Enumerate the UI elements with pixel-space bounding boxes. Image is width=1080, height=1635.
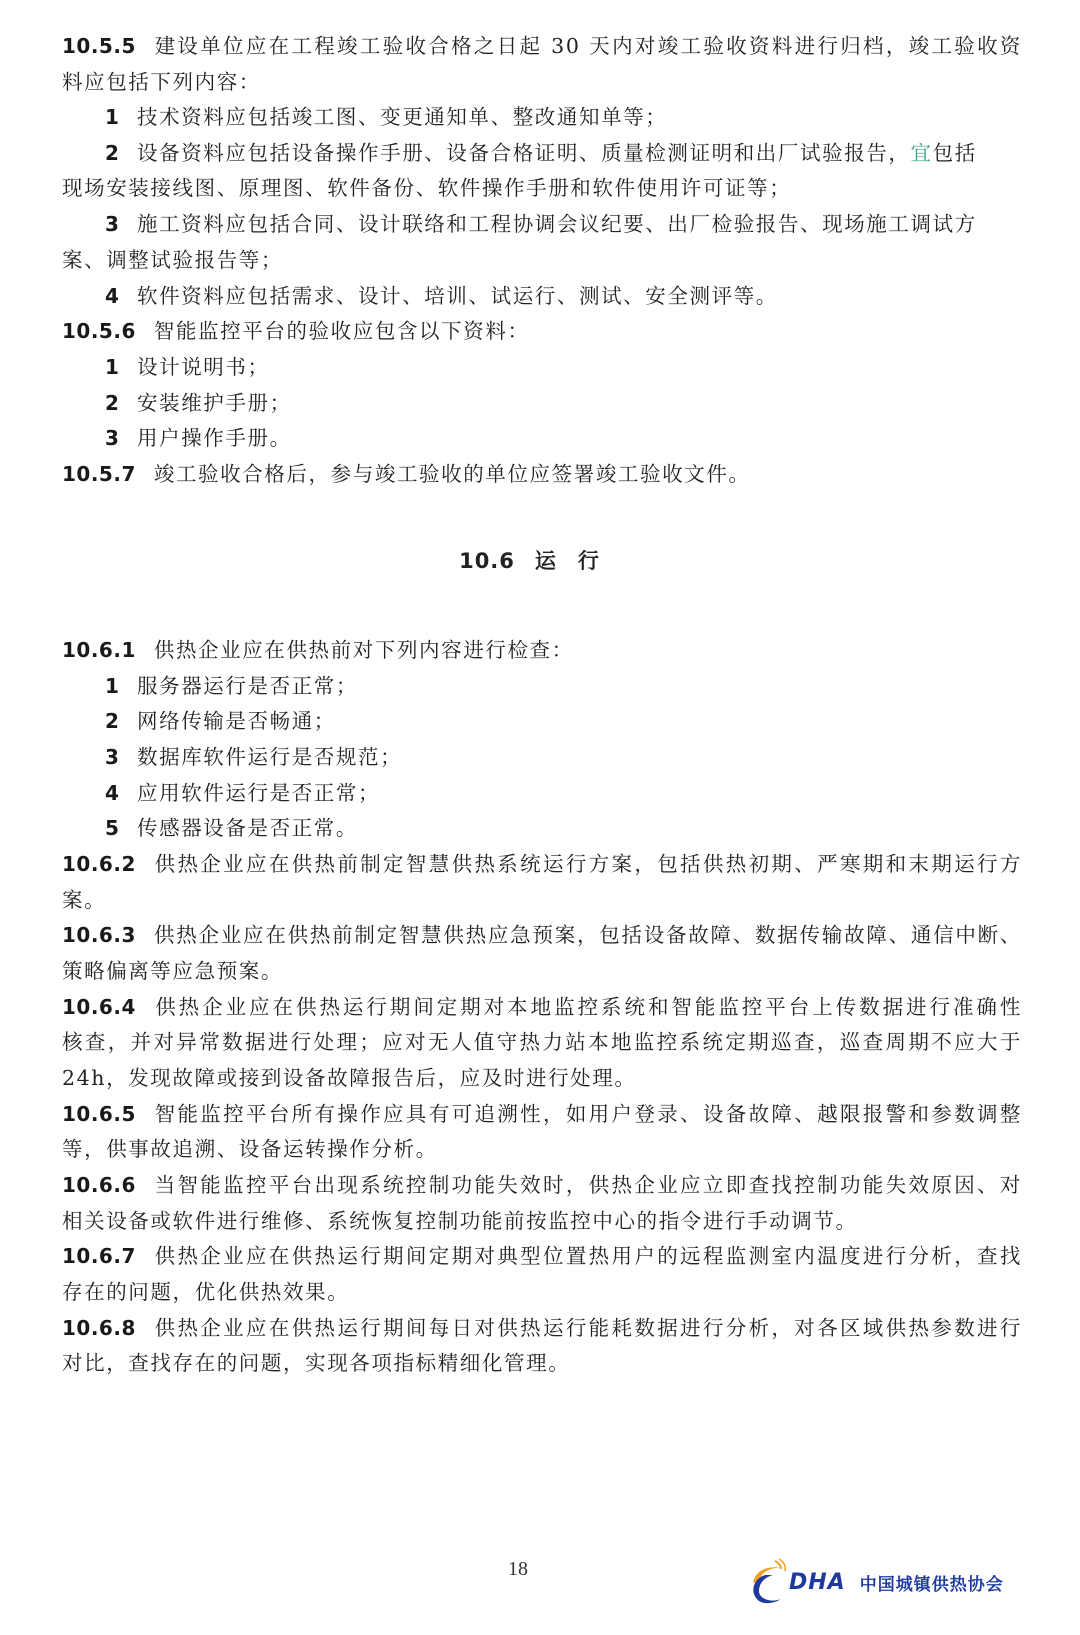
clause-text: 当智能监控平台出现系统控制功能失效时，供热企业应立即查找控制功能失效原因、对 [154, 1173, 1022, 1197]
item-text: 技术资料应包括竣工图、变更通知单、整改通知单等； [137, 105, 667, 129]
clause-number: 10.6.2 [62, 852, 136, 876]
clause-text: 竣工验收合格后，参与竣工验收的单位应签署竣工验收文件。 [154, 462, 751, 486]
clause-text-continuation: 核查，并对异常数据进行处理；应对无人值守热力站本地监控系统定期巡查，巡查周期不应… [62, 1030, 1022, 1054]
item-number: 1 [105, 355, 133, 379]
clause-text-continuation: 料应包括下列内容： [62, 70, 1022, 94]
item-number: 3 [105, 745, 133, 769]
item-number: 1 [105, 674, 133, 698]
logo-abbr: DHA [789, 1570, 846, 1595]
item-text: 服务器运行是否正常； [137, 674, 358, 698]
clause-text-continuation: 策略偏离等应急预案。 [62, 959, 1022, 983]
list-item: 1设计说明书； [105, 355, 1065, 379]
item-number: 2 [105, 709, 133, 733]
clause-10-6-3: 10.6.3供热企业应在供热前制定智慧供热应急预案，包括设备故障、数据传输故障、… [62, 923, 1022, 947]
page-number: 18 [508, 1558, 528, 1581]
item-text: 安装维护手册； [137, 391, 292, 415]
clause-text: 建设单位应在工程竣工验收合格之日起 30 天内对竣工验收资料进行归档，竣工验收资 [154, 34, 1022, 58]
item-text: 数据库软件运行是否规范； [137, 745, 402, 769]
clause-text-continuation: 24h，发现故障或接到设备故障报告后，应及时进行处理。 [62, 1066, 1022, 1090]
list-item: 2设备资料应包括设备操作手册、设备合格证明、质量检测证明和出厂试验报告，宜包括 [105, 141, 1022, 165]
clause-number: 10.6.4 [62, 995, 136, 1019]
clause-text: 供热企业应在供热前制定智慧供热系统运行方案，包括供热初期、严寒期和末期运行方 [154, 852, 1022, 876]
list-item: 3用户操作手册。 [105, 426, 1065, 450]
item-text: 设备资料应包括设备操作手册、设备合格证明、质量检测证明和出厂试验报告， [137, 141, 911, 165]
clause-number: 10.5.6 [62, 319, 136, 343]
section-title: 运行 [535, 549, 621, 573]
clause-text-continuation: 案。 [62, 888, 1022, 912]
item-number: 1 [105, 105, 133, 129]
item-text: 施工资料应包括合同、设计联络和工程协调会议纪要、出厂检验报告、现场施工调试方 [137, 212, 977, 236]
clause-number: 10.6.3 [62, 923, 136, 947]
list-item: 3施工资料应包括合同、设计联络和工程协调会议纪要、出厂检验报告、现场施工调试方 [105, 212, 1065, 236]
item-text: 网络传输是否畅通； [137, 709, 336, 733]
item-text: 设计说明书； [137, 355, 270, 379]
item-number: 2 [105, 141, 133, 165]
clause-text-continuation: 等，供事故追溯、设备运转操作分析。 [62, 1137, 1022, 1161]
list-item: 1服务器运行是否正常； [105, 674, 1065, 698]
highlighted-word: 宜 [911, 141, 933, 165]
item-text: 应用软件运行是否正常； [137, 781, 380, 805]
list-item: 1技术资料应包括竣工图、变更通知单、整改通知单等； [105, 105, 1065, 129]
chda-arc-icon [745, 1557, 795, 1607]
clause-number: 10.6.1 [62, 638, 136, 662]
logo-org-name: 中国城镇供热协会 [860, 1570, 1004, 1595]
clause-text-continuation: 对比，查找存在的问题，实现各项指标精细化管理。 [62, 1351, 1022, 1375]
list-item: 5传感器设备是否正常。 [105, 816, 1065, 840]
item-text-continuation: 案、调整试验报告等； [62, 248, 1022, 272]
clause-text-continuation: 相关设备或软件进行维修、系统恢复控制功能前按监控中心的指令进行手动调节。 [62, 1209, 1022, 1233]
clause-10-6-4: 10.6.4供热企业应在供热运行期间定期对本地监控系统和智能监控平台上传数据进行… [62, 995, 1022, 1019]
list-item: 3数据库软件运行是否规范； [105, 745, 1065, 769]
item-number: 2 [105, 391, 133, 415]
clause-text: 供热企业应在供热运行期间定期对典型位置热用户的远程监测室内温度进行分析，查找 [154, 1244, 1022, 1268]
item-number: 3 [105, 426, 133, 450]
section-heading: 10.6运行 [0, 548, 1080, 574]
list-item: 4应用软件运行是否正常； [105, 781, 1065, 805]
clause-number: 10.6.5 [62, 1102, 136, 1126]
item-number: 3 [105, 212, 133, 236]
item-text: 软件资料应包括需求、设计、培训、试运行、测试、安全测评等。 [137, 284, 778, 308]
document-page: 10.5.5建设单位应在工程竣工验收合格之日起 30 天内对竣工验收资料进行归档… [0, 0, 1080, 1635]
item-number: 4 [105, 781, 133, 805]
clause-10-5-6: 10.5.6智能监控平台的验收应包含以下资料： [62, 319, 1022, 343]
list-item: 2安装维护手册； [105, 391, 1065, 415]
clause-10-5-7: 10.5.7竣工验收合格后，参与竣工验收的单位应签署竣工验收文件。 [62, 462, 1022, 486]
clause-number: 10.6.8 [62, 1316, 136, 1340]
clause-number: 10.6.6 [62, 1173, 136, 1197]
clause-text: 供热企业应在供热前对下列内容进行检查： [154, 638, 574, 662]
item-text: 包括 [933, 141, 977, 165]
clause-10-6-2: 10.6.2供热企业应在供热前制定智慧供热系统运行方案，包括供热初期、严寒期和末… [62, 852, 1022, 876]
clause-number: 10.5.7 [62, 462, 136, 486]
footer-logo: DHA 中国城镇供热协会 [745, 1557, 1004, 1607]
item-number: 5 [105, 816, 133, 840]
clause-number: 10.6.7 [62, 1244, 136, 1268]
clause-text: 供热企业应在供热前制定智慧供热应急预案，包括设备故障、数据传输故障、通信中断、 [154, 923, 1022, 947]
item-number: 4 [105, 284, 133, 308]
item-text: 传感器设备是否正常。 [137, 816, 358, 840]
clause-number: 10.5.5 [62, 34, 136, 58]
clause-text-continuation: 存在的问题，优化供热效果。 [62, 1280, 1022, 1304]
clause-10-6-6: 10.6.6当智能监控平台出现系统控制功能失效时，供热企业应立即查找控制功能失效… [62, 1173, 1022, 1197]
clause-10-5-5: 10.5.5建设单位应在工程竣工验收合格之日起 30 天内对竣工验收资料进行归档… [62, 34, 1022, 58]
list-item: 4软件资料应包括需求、设计、培训、试运行、测试、安全测评等。 [105, 284, 1065, 308]
clause-text: 供热企业应在供热运行期间定期对本地监控系统和智能监控平台上传数据进行准确性 [154, 995, 1022, 1019]
clause-10-6-7: 10.6.7供热企业应在供热运行期间定期对典型位置热用户的远程监测室内温度进行分… [62, 1244, 1022, 1268]
list-item: 2网络传输是否畅通； [105, 709, 1065, 733]
clause-text: 智能监控平台的验收应包含以下资料： [154, 319, 530, 343]
section-number: 10.6 [459, 549, 515, 573]
item-text: 用户操作手册。 [137, 426, 292, 450]
clause-10-6-8: 10.6.8供热企业应在供热运行期间每日对供热运行能耗数据进行分析，对各区域供热… [62, 1316, 1022, 1340]
clause-10-6-5: 10.6.5智能监控平台所有操作应具有可追溯性，如用户登录、设备故障、越限报警和… [62, 1102, 1022, 1126]
clause-10-6-1: 10.6.1供热企业应在供热前对下列内容进行检查： [62, 638, 1022, 662]
clause-text: 供热企业应在供热运行期间每日对供热运行能耗数据进行分析，对各区域供热参数进行 [154, 1316, 1022, 1340]
item-text-continuation: 现场安装接线图、原理图、软件备份、软件操作手册和软件使用许可证等； [62, 176, 1022, 200]
clause-text: 智能监控平台所有操作应具有可追溯性，如用户登录、设备故障、越限报警和参数调整 [154, 1102, 1022, 1126]
